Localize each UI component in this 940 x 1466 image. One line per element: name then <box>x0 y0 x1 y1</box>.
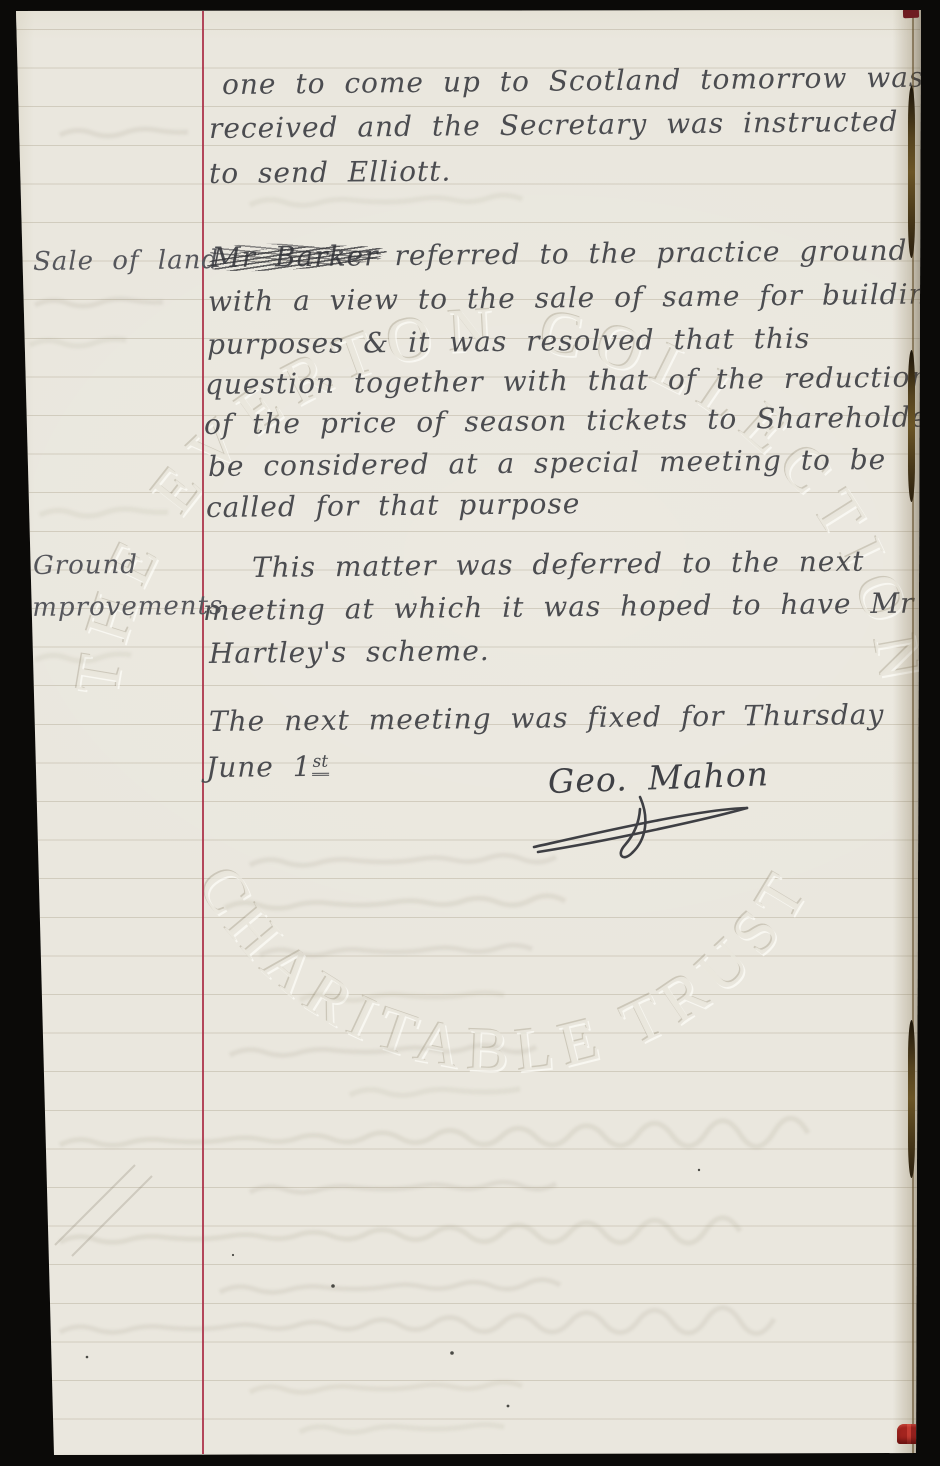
handwritten-line: Mr Barkerreferred to the practice ground <box>212 234 908 275</box>
paper: THE EVERTON COLLECTION THE EVERTON COLLE… <box>0 0 940 1466</box>
handwritten-line: The next meeting was fixed for Thursday <box>209 698 885 739</box>
binding-stitch <box>908 86 915 258</box>
handwritten-line: received and the Secretary was instructe… <box>209 105 899 146</box>
struck-out-name: Mr Barker <box>212 239 379 275</box>
margin-note-ground-improvements: improvements <box>23 589 224 625</box>
red-edge-sliver <box>903 9 919 19</box>
page-edge-shadow <box>893 10 921 1454</box>
handwritten-line: purposes & it was resolved that this <box>207 322 811 362</box>
margin-note-ground-improvements: Ground <box>33 548 138 583</box>
handwritten-line: Hartley's scheme. <box>209 634 490 671</box>
handwritten-line: June 1st <box>206 745 330 785</box>
margin-rule <box>202 11 204 1454</box>
dust-specks <box>86 1135 915 1408</box>
scanned-page: THE EVERTON COLLECTION THE EVERTON COLLE… <box>0 0 940 1466</box>
ordinal-suffix: st <box>311 752 329 776</box>
handwritten-line: to send Elliott. <box>209 154 452 191</box>
red-edge-mark <box>897 1424 921 1444</box>
handwritten-line: be considered at a special meeting to be <box>208 443 887 484</box>
handwritten-text: referred to the practice ground <box>394 234 907 272</box>
signature-flourish <box>528 795 758 861</box>
handwritten-line: called for that purpose <box>206 487 581 525</box>
signature: Geo. Mahon <box>547 757 769 799</box>
handwritten-line: This matter was deferred to the next <box>252 545 865 585</box>
binding-stitch <box>908 350 915 502</box>
handwritten-text: June 1 <box>206 750 312 784</box>
margin-note-sale-of-land: Sale of land <box>33 243 219 279</box>
binding-stitch <box>908 1020 915 1178</box>
